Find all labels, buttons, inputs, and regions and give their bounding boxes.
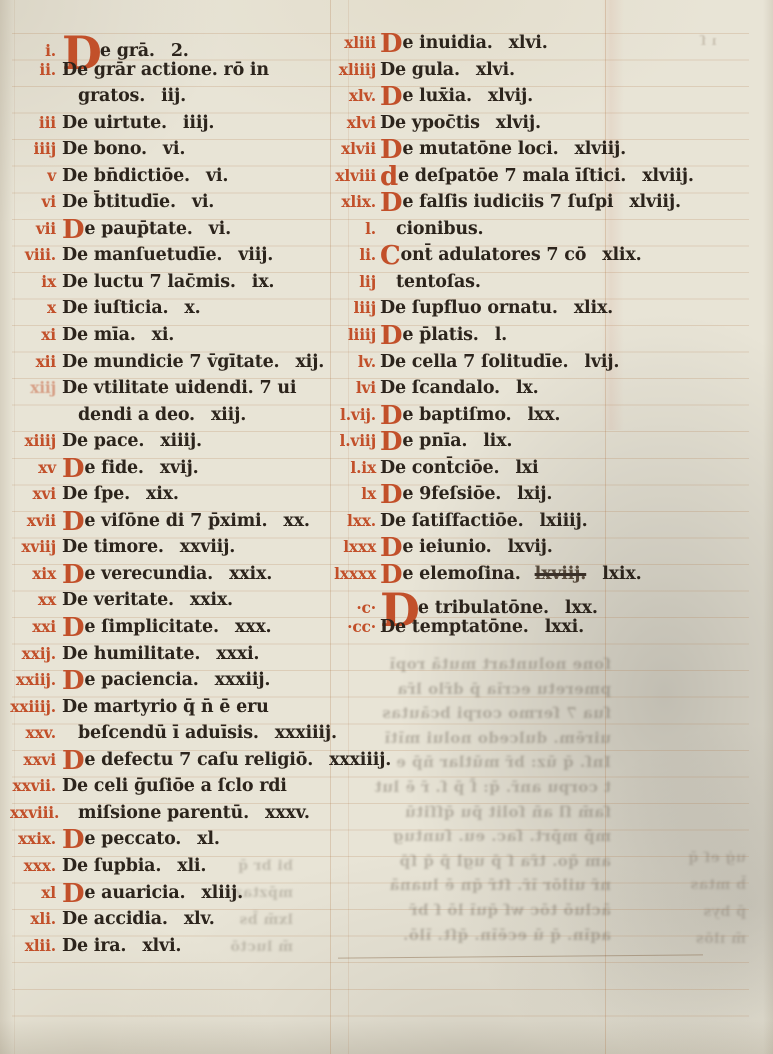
toc-entry-text: gratos.iij. <box>62 86 186 106</box>
chapter-title: De humilitate. <box>62 644 200 664</box>
chapter-title: De mundicie 7 v̄gītate. <box>62 352 279 372</box>
folio-number: xxxv. <box>265 803 310 823</box>
folio-number: vi. <box>209 219 231 239</box>
folio-number: ix. <box>252 272 275 292</box>
toc-entry: xiijDe vtilitate uidendi. 7 ui <box>10 375 355 402</box>
show-through-line: uirēm. dulcedo nolui mītī <box>336 726 611 751</box>
drop-cap-initial: D <box>380 321 402 351</box>
chapter-number: xxv. <box>10 720 56 747</box>
folio-number: xlv. <box>184 909 215 929</box>
drop-cap-initial: C <box>380 241 401 271</box>
show-through-line: ſua 7 ſermo corpi bcāutas <box>336 701 611 726</box>
toc-entry-text: De ieiunio.lxvij. <box>380 537 553 557</box>
chapter-number: xxij. <box>10 641 56 668</box>
chapter-title: De celi ḡuſiōe a ſclo rdi <box>62 776 287 796</box>
chapter-number: lv. <box>332 349 376 376</box>
toc-entry: xlii.De ira.xlvi. <box>10 933 355 960</box>
show-through-line: aqīn. q̄ ū ecēīn. q̄ſt. īlō. <box>336 923 611 948</box>
toc-entry: xxx.De ſupbia.xli. <box>10 853 355 880</box>
toc-entry: xDe iuſticia.x. <box>10 295 355 322</box>
chapter-number: l.ix <box>332 455 376 482</box>
toc-entry: ii.De grār actione. rō in <box>10 57 355 84</box>
toc-entry: xxix.De peccato.xl. <box>10 826 355 853</box>
drop-cap-initial: D <box>380 533 402 563</box>
toc-entry-text: De mīa.xi. <box>62 325 174 345</box>
folio-number: xlvi. <box>476 60 515 80</box>
toc-entry-text: De vtilitate uidendi. 7 ui <box>62 378 296 398</box>
chapter-title: De b̄titudīe. <box>62 192 176 212</box>
toc-entry-text: De baptiſmo.lxx. <box>380 405 560 425</box>
toc-entry-text: de deſpatōe 7 mala īſtici.xlviij. <box>380 166 694 186</box>
toc-entry-text: De ſupbia.xli. <box>62 856 206 876</box>
toc-entry: xiiDe mundicie 7 v̄gītate.xij. <box>10 349 355 376</box>
chapter-title: e fide. <box>84 458 143 478</box>
chapter-title: De pace. <box>62 431 144 451</box>
show-through-line: ācluō tōc wſ q̄uī lō ſ br̄ <box>336 898 611 923</box>
chapter-number: ix <box>10 269 56 296</box>
chapter-title: e falſis iudiciis 7 ſuſpi <box>402 192 613 212</box>
toc-entry-text: De manſuetudīe.viij. <box>62 245 273 265</box>
toc-entry: viii.De manſuetudīe.viij. <box>10 242 355 269</box>
chapter-number: iiij <box>10 136 56 163</box>
toc-entry: xxiDe ſimplicitate.xxx. <box>10 614 355 641</box>
toc-entry-text: De defectu 7 caſu religiō.xxxiiij. <box>62 750 391 770</box>
chapter-title: De mīa. <box>62 325 136 345</box>
toc-entry: l.vij.De baptiſmo.lxx. <box>332 402 772 429</box>
chapter-number: xlv. <box>332 83 376 110</box>
chapter-title: De bn̄dictiōe. <box>62 166 190 186</box>
toc-entry-text: De uirtute.iiij. <box>62 113 214 133</box>
chapter-title: De ſpe. <box>62 484 130 504</box>
folio-number: xliij. <box>201 883 243 903</box>
toc-entry-text: De cella 7 ſolitudīe.lvij. <box>380 352 619 372</box>
chapter-title: De ſupfluo ornatu. <box>380 298 558 318</box>
toc-entry-text: De inuidia.xlvi. <box>380 33 548 53</box>
chapter-number: xii <box>10 349 56 376</box>
toc-entry-text: De cont̄ciōe.lxi <box>380 458 538 478</box>
drop-cap-initial: d <box>380 162 398 192</box>
chapter-title: e paciencia. <box>84 670 198 690</box>
drop-cap-initial: D <box>62 879 84 909</box>
chapter-title: e p̄latis. <box>402 325 478 345</box>
drop-cap-initial: D <box>380 480 402 510</box>
chapter-title: e auaricia. <box>84 883 185 903</box>
show-through-text-block: ſone noluntart mutā ropīpmeretu ecrīa p̄… <box>336 652 611 947</box>
scratch-line <box>338 954 703 958</box>
toc-entry-text: De ſatiſfactiōe.lxiiij. <box>380 511 588 531</box>
toc-entry-text: De humilitate.xxxi. <box>62 644 259 664</box>
chapter-title: De ira. <box>62 936 126 956</box>
toc-entry-text: De celi ḡuſiōe a ſclo rdi <box>62 776 287 796</box>
folio-number: xi. <box>152 325 175 345</box>
toc-entry: xxDe veritate.xxix. <box>10 587 355 614</box>
folio-number: xlix. <box>602 245 641 265</box>
drop-cap-initial: D <box>380 427 402 457</box>
chapter-title: De iuſticia. <box>62 298 168 318</box>
chapter-title: e mutatōne loci. <box>402 139 558 159</box>
chapter-title: De accidia. <box>62 909 168 929</box>
drop-cap-initial: D <box>380 29 402 59</box>
toc-entry: iiijDe bono.vi. <box>10 136 355 163</box>
toc-entry: xlviDe ypoc̄tisxlvij. <box>332 110 772 137</box>
toc-entry-text: Cont̄ adulatores 7 cōxlix. <box>380 245 641 265</box>
show-through-line: mp̄ mp̄rt. ſac. eu. ſuntug <box>336 824 611 849</box>
chapter-number: xliii <box>332 30 376 57</box>
toc-entry: dendi a deo.xiij. <box>10 402 355 429</box>
chapter-title: De martyrio q̄ n̄ ē eru <box>62 697 269 717</box>
toc-entry: xlviiDe mutatōne loci.xlviij. <box>332 136 772 163</box>
chapter-number: xvi <box>10 481 56 508</box>
chapter-number: xxix. <box>10 826 56 853</box>
chapter-number: xlvi <box>332 110 376 137</box>
chapter-number: x <box>10 295 56 322</box>
chapter-number: ·cc· <box>332 614 376 641</box>
toc-entry: l.ixDe cont̄ciōe.lxi <box>332 455 772 482</box>
chapter-title: De manſuetudīe. <box>62 245 222 265</box>
drop-cap-initial: D <box>62 746 84 776</box>
chapter-title: e baptiſmo. <box>402 405 511 425</box>
toc-entry: liiijDe p̄latis.l. <box>332 322 772 349</box>
toc-entry: iiiDe uirtute.iiij. <box>10 110 355 137</box>
toc-entry-text: De ſpe.xix. <box>62 484 179 504</box>
chapter-number: l.viij <box>332 428 376 455</box>
toc-column-left: i.De grā.2.ii.De grār actione. rō ingrat… <box>10 30 355 959</box>
toc-entry-text: De veritate.xxix. <box>62 590 233 610</box>
toc-entry-text: miſsione parentū.xxxv. <box>62 803 310 823</box>
toc-entry: xiDe mīa.xi. <box>10 322 355 349</box>
show-through-line: b̄ mtas <box>688 872 746 899</box>
folio-number: xx. <box>283 511 309 531</box>
chapter-number: xxvi <box>10 747 56 774</box>
chapter-title: De grār actione. rō in <box>62 60 269 80</box>
chapter-title: e verecundia. <box>84 564 213 584</box>
chapter-number: li. <box>332 242 376 269</box>
chapter-number: xiij <box>10 375 56 402</box>
toc-entry-text: De falſis iudiciis 7 ſuſpixlviij. <box>380 192 681 212</box>
folio-number: lxij. <box>517 484 552 504</box>
folio-number: xxix. <box>229 564 272 584</box>
chapter-title: De gula. <box>380 60 460 80</box>
show-through-text-edge: uġ eſ q̄b̄ mtasp̄ bysm̄ ılōs <box>688 845 746 953</box>
toc-entry: xlix.De falſis iudiciis 7 ſuſpixlviij. <box>332 189 772 216</box>
toc-entry-text: De auaricia.xliij. <box>62 883 243 903</box>
folio-number: xij. <box>295 352 324 372</box>
drop-cap-initial: D <box>380 135 402 165</box>
show-through-line: p̄ bys <box>688 899 746 926</box>
show-through-line: pmeretu ecrīa p̄ dr̄lo lr̄a <box>336 677 611 702</box>
toc-entry-text: De luctu 7 lac̄mis.ix. <box>62 272 274 292</box>
chapter-number: liij <box>332 295 376 322</box>
chapter-title: e defectu 7 caſu religiō. <box>84 750 313 770</box>
chapter-title: gratos. <box>78 86 145 106</box>
toc-entry-text: De paciencia.xxxiij. <box>62 670 270 690</box>
toc-entry: lijtentoſas. <box>332 269 772 296</box>
toc-entry-text: De timore.xxviij. <box>62 537 235 557</box>
chapter-title: dendi a deo. <box>78 405 195 425</box>
folio-number: iij. <box>161 86 186 106</box>
toc-entry-text: De 9feſsiōe.lxij. <box>380 484 552 504</box>
chapter-title: e ſimplicitate. <box>84 617 219 637</box>
folio-number: xxix. <box>190 590 233 610</box>
toc-entry-text: De ſimplicitate.xxx. <box>62 617 271 637</box>
folio-number: iiij. <box>183 113 214 133</box>
chapter-title: cionibus. <box>396 219 483 239</box>
folio-number: xxxiij. <box>215 670 271 690</box>
chapter-number: v <box>10 163 56 190</box>
toc-entry: ixDe luctu 7 lac̄mis.ix. <box>10 269 355 296</box>
toc-entry-text: De p̄latis.l. <box>380 325 507 345</box>
toc-entry: ·c·De tribulatōne.lxx. <box>332 587 772 614</box>
toc-entry: xlDe auaricia.xliij. <box>10 880 355 907</box>
toc-entry-text: De lux̄ia.xlvij. <box>380 86 533 106</box>
folio-number: xlix. <box>574 298 613 318</box>
toc-entry: ·cc·De temptatōne.lxxi. <box>332 614 772 641</box>
chapter-number: xviij <box>10 534 56 561</box>
chapter-number: xxvii. <box>10 773 56 800</box>
chapter-number: xxiiij. <box>10 694 56 721</box>
folio-number: viij. <box>238 245 273 265</box>
chapter-number: xxx. <box>10 853 56 880</box>
chapter-number: xlviii <box>332 163 376 190</box>
folio-number: vi. <box>192 192 214 212</box>
show-through-line: uġ eſ q̄ <box>688 845 746 872</box>
toc-entry: liijDe ſupfluo ornatu.xlix. <box>332 295 772 322</box>
chapter-number: l. <box>332 216 376 243</box>
chapter-title: De ſcandalo. <box>380 378 500 398</box>
folio-number: vi. <box>163 139 185 159</box>
folio-number: xl. <box>197 829 220 849</box>
folio-number: lxvij. <box>508 537 553 557</box>
toc-entry: xxiij.De paciencia.xxxiij. <box>10 667 355 694</box>
toc-entry: xiiijDe pace.xiiij. <box>10 428 355 455</box>
toc-entry-text: De mutatōne loci.xlviij. <box>380 139 626 159</box>
folio-number: xvij. <box>160 458 199 478</box>
folio-number: xlvi. <box>509 33 548 53</box>
chapter-number: xlii. <box>10 933 56 960</box>
folio-number: xix. <box>146 484 179 504</box>
toc-entry: viiDe paup̄tate.vi. <box>10 216 355 243</box>
toc-entry: viDe b̄titudīe.vi. <box>10 189 355 216</box>
chapter-title: e lux̄ia. <box>402 86 472 106</box>
chapter-title: De bono. <box>62 139 147 159</box>
show-through-line: ſone noluntart mutā ropī <box>336 652 611 677</box>
toc-entry-text: De ſupfluo ornatu.xlix. <box>380 298 613 318</box>
chapter-number: liiij <box>332 322 376 349</box>
chapter-number: xlvii <box>332 136 376 163</box>
chapter-number: xix <box>10 561 56 588</box>
folio-number: lxix. <box>602 564 641 584</box>
chapter-title: De veritate. <box>62 590 174 610</box>
chapter-number: viii. <box>10 242 56 269</box>
manuscript-page: ſone noluntart mutā ropīpmeretu ecrīa p̄… <box>0 0 773 1054</box>
show-through-line: m̄ ılōs <box>688 926 746 953</box>
toc-entry: l.viijDe pnīa.lix. <box>332 428 772 455</box>
chapter-title: e deſpatōe 7 mala īſtici. <box>398 166 626 186</box>
drop-cap-initial: D <box>62 613 84 643</box>
toc-entry-text: De bono.vi. <box>62 139 185 159</box>
toc-entry-text: De elemoſina.lxviij.lxix. <box>380 564 641 584</box>
show-through-line: am q̄o. tr̄a ſ p̄ ugl p̄ q̄ ſp̄ <box>336 849 611 874</box>
toc-entry: gratos.iij. <box>10 83 355 110</box>
drop-cap-initial: D <box>62 507 84 537</box>
chapter-number: lxxx <box>332 534 376 561</box>
chapter-number: lxxxx <box>332 561 376 588</box>
folio-number: xlvi. <box>142 936 181 956</box>
chapter-number: iii <box>10 110 56 137</box>
toc-column-right: xliiiDe inuidia.xlvi.xliiijDe gula.xlvi.… <box>332 30 772 641</box>
chapter-title: De vtilitate uidendi. 7 ui <box>62 378 296 398</box>
chapter-title: e paup̄tate. <box>84 219 192 239</box>
toc-entry-text: De ſcandalo.lx. <box>380 378 539 398</box>
toc-entry: xxiiij.De martyrio q̄ n̄ ē eru <box>10 694 355 721</box>
toc-entry: vDe bn̄dictiōe.vi. <box>10 163 355 190</box>
chapter-title: De ſatiſfactiōe. <box>380 511 523 531</box>
toc-entry: xlviiide deſpatōe 7 mala īſtici.xlviij. <box>332 163 772 190</box>
chapter-number: lvi <box>332 375 376 402</box>
toc-entry-text: tentoſas. <box>380 272 481 292</box>
show-through-line: t corpu anr̄. q̄: ſ̄ p̄ ſ. r̄ ē lut <box>336 775 611 800</box>
toc-entry: xliiijDe gula.xlvi. <box>332 57 772 84</box>
chapter-title: ont̄ adulatores 7 cō <box>401 245 587 265</box>
folio-number: lxi <box>515 458 538 478</box>
chapter-title: De temptatōne. <box>380 617 529 637</box>
toc-entry-text: De martyrio q̄ n̄ ē eru <box>62 697 269 717</box>
chapter-number: xv <box>10 455 56 482</box>
toc-entry-text: De viſōne di 7 p̄ximi.xx. <box>62 511 310 531</box>
toc-entry-text: cionibus. <box>380 219 483 239</box>
toc-entry: xxviii.miſsione parentū.xxxv. <box>10 800 355 827</box>
folio-number: xxxiiij. <box>275 723 337 743</box>
toc-entry-text: beſcendū ī aduīsis.xxxiiij. <box>62 723 337 743</box>
toc-entry: xxij.De humilitate.xxxi. <box>10 641 355 668</box>
drop-cap-initial: D <box>62 560 84 590</box>
toc-entry-text: De fide.xvij. <box>62 458 199 478</box>
chapter-number: xvii <box>10 508 56 535</box>
folio-number: xlviij. <box>629 192 681 212</box>
toc-entry: i.De grā.2. <box>10 30 355 57</box>
toc-entry-text: De iuſticia.x. <box>62 298 201 318</box>
toc-entry: lxxxDe ieiunio.lxvij. <box>332 534 772 561</box>
chapter-title: e ieiunio. <box>402 537 491 557</box>
chapter-number: lxx. <box>332 508 376 535</box>
drop-cap-initial: D <box>62 454 84 484</box>
folio-number: xlvij. <box>496 113 541 133</box>
folio-number: xiij. <box>211 405 246 425</box>
drop-cap-initial: D <box>380 82 402 112</box>
folio-number: lxxi. <box>545 617 584 637</box>
toc-entry: xliiiDe inuidia.xlvi. <box>332 30 772 57</box>
drop-cap-initial: D <box>62 666 84 696</box>
toc-entry: lviDe ſcandalo.lx. <box>332 375 772 402</box>
chapter-number: xliiij <box>332 57 376 84</box>
folio-number: vi. <box>206 166 228 186</box>
folio-number: lix. <box>483 431 512 451</box>
folio-number: xlviij. <box>642 166 694 186</box>
toc-entry: xviDe ſpe.xix. <box>10 481 355 508</box>
chapter-number: vi <box>10 189 56 216</box>
chapter-title: e 9feſsiōe. <box>402 484 501 504</box>
chapter-title: tentoſas. <box>396 272 481 292</box>
folio-number: xiiij. <box>160 431 202 451</box>
toc-entry-text: De verecundia.xxix. <box>62 564 272 584</box>
chapter-number: xli. <box>10 906 56 933</box>
toc-entry-text: De mundicie 7 v̄gītate.xij. <box>62 352 324 372</box>
folio-number: xxxi. <box>216 644 259 664</box>
chapter-number: lx <box>332 481 376 508</box>
toc-entry-text: De grār actione. rō in <box>62 60 269 80</box>
chapter-number: lij <box>332 269 376 296</box>
chapter-title: De uirtute. <box>62 113 167 133</box>
toc-entry-text: De accidia.xlv. <box>62 909 215 929</box>
chapter-title: e peccato. <box>84 829 181 849</box>
chapter-title: De cont̄ciōe. <box>380 458 499 478</box>
chapter-title: De ſupbia. <box>62 856 161 876</box>
chapter-title: De luctu 7 lac̄mis. <box>62 272 236 292</box>
toc-entry-text: De ypoc̄tisxlvij. <box>380 113 541 133</box>
toc-entry: l.cionibus. <box>332 216 772 243</box>
chapter-number: xiiij <box>10 428 56 455</box>
toc-entry: xxviDe defectu 7 caſu religiō.xxxiiij. <box>10 747 355 774</box>
toc-entry: lxx.De ſatiſfactiōe.lxiiij. <box>332 508 772 535</box>
chapter-title: e viſōne di 7 p̄ximi. <box>84 511 267 531</box>
folio-number: xxviij. <box>180 537 235 557</box>
chapter-number: xxi <box>10 614 56 641</box>
toc-entry-text: De peccato.xl. <box>62 829 220 849</box>
toc-entry-text: De pnīa.lix. <box>380 431 512 451</box>
toc-entry-text: De paup̄tate.vi. <box>62 219 231 239</box>
folio-number: l. <box>495 325 507 345</box>
drop-cap-initial: D <box>62 825 84 855</box>
toc-entry: xviijDe timore.xxviij. <box>10 534 355 561</box>
toc-entry: xxvii.De celi ḡuſiōe a ſclo rdi <box>10 773 355 800</box>
chapter-title: De cella 7 ſolitudīe. <box>380 352 568 372</box>
chapter-number: l.vij. <box>332 402 376 429</box>
chapter-number: xx <box>10 587 56 614</box>
toc-entry-text: De bn̄dictiōe.vi. <box>62 166 228 186</box>
toc-entry-text: dendi a deo.xiij. <box>62 405 246 425</box>
folio-number: xli. <box>177 856 206 876</box>
toc-entry: xviiDe viſōne di 7 p̄ximi.xx. <box>10 508 355 535</box>
toc-entry: xli.De accidia.xlv. <box>10 906 355 933</box>
drop-cap-initial: D <box>380 188 402 218</box>
chapter-title: e inuidia. <box>402 33 492 53</box>
drop-cap-initial: D <box>62 215 84 245</box>
folio-number: xlvij. <box>488 86 533 106</box>
drop-cap-initial: D <box>380 401 402 431</box>
folio-number: lxiiij. <box>539 511 587 531</box>
chapter-number: xlix. <box>332 189 376 216</box>
folio-number: lx. <box>516 378 539 398</box>
toc-entry-text: De pace.xiiij. <box>62 431 202 451</box>
show-through-line: nr̄ uilōr īr̄. ſtr̄ q̄n ē luanā <box>336 873 611 898</box>
chapter-number: xl <box>10 880 56 907</box>
chapter-title: e pnīa. <box>402 431 467 451</box>
toc-entry-text: De ira.xlvi. <box>62 936 181 956</box>
folio-number: x. <box>184 298 200 318</box>
folio-number: xxx. <box>235 617 272 637</box>
chapter-number: xxiij. <box>10 667 56 694</box>
struck-folio-number: lxviij. <box>535 564 587 584</box>
chapter-title: De ypoc̄tis <box>380 113 480 133</box>
toc-entry-text: De b̄titudīe.vi. <box>62 192 214 212</box>
chapter-title: De timore. <box>62 537 164 557</box>
toc-entry: li.Cont̄ adulatores 7 cōxlix. <box>332 242 772 269</box>
toc-entry: xlv.De lux̄ia.xlvij. <box>332 83 772 110</box>
chapter-title: miſsione parentū. <box>78 803 249 823</box>
chapter-title: beſcendū ī aduīsis. <box>78 723 259 743</box>
folio-number: lxx. <box>527 405 560 425</box>
toc-entry: xxv.beſcendū ī aduīsis.xxxiiij. <box>10 720 355 747</box>
